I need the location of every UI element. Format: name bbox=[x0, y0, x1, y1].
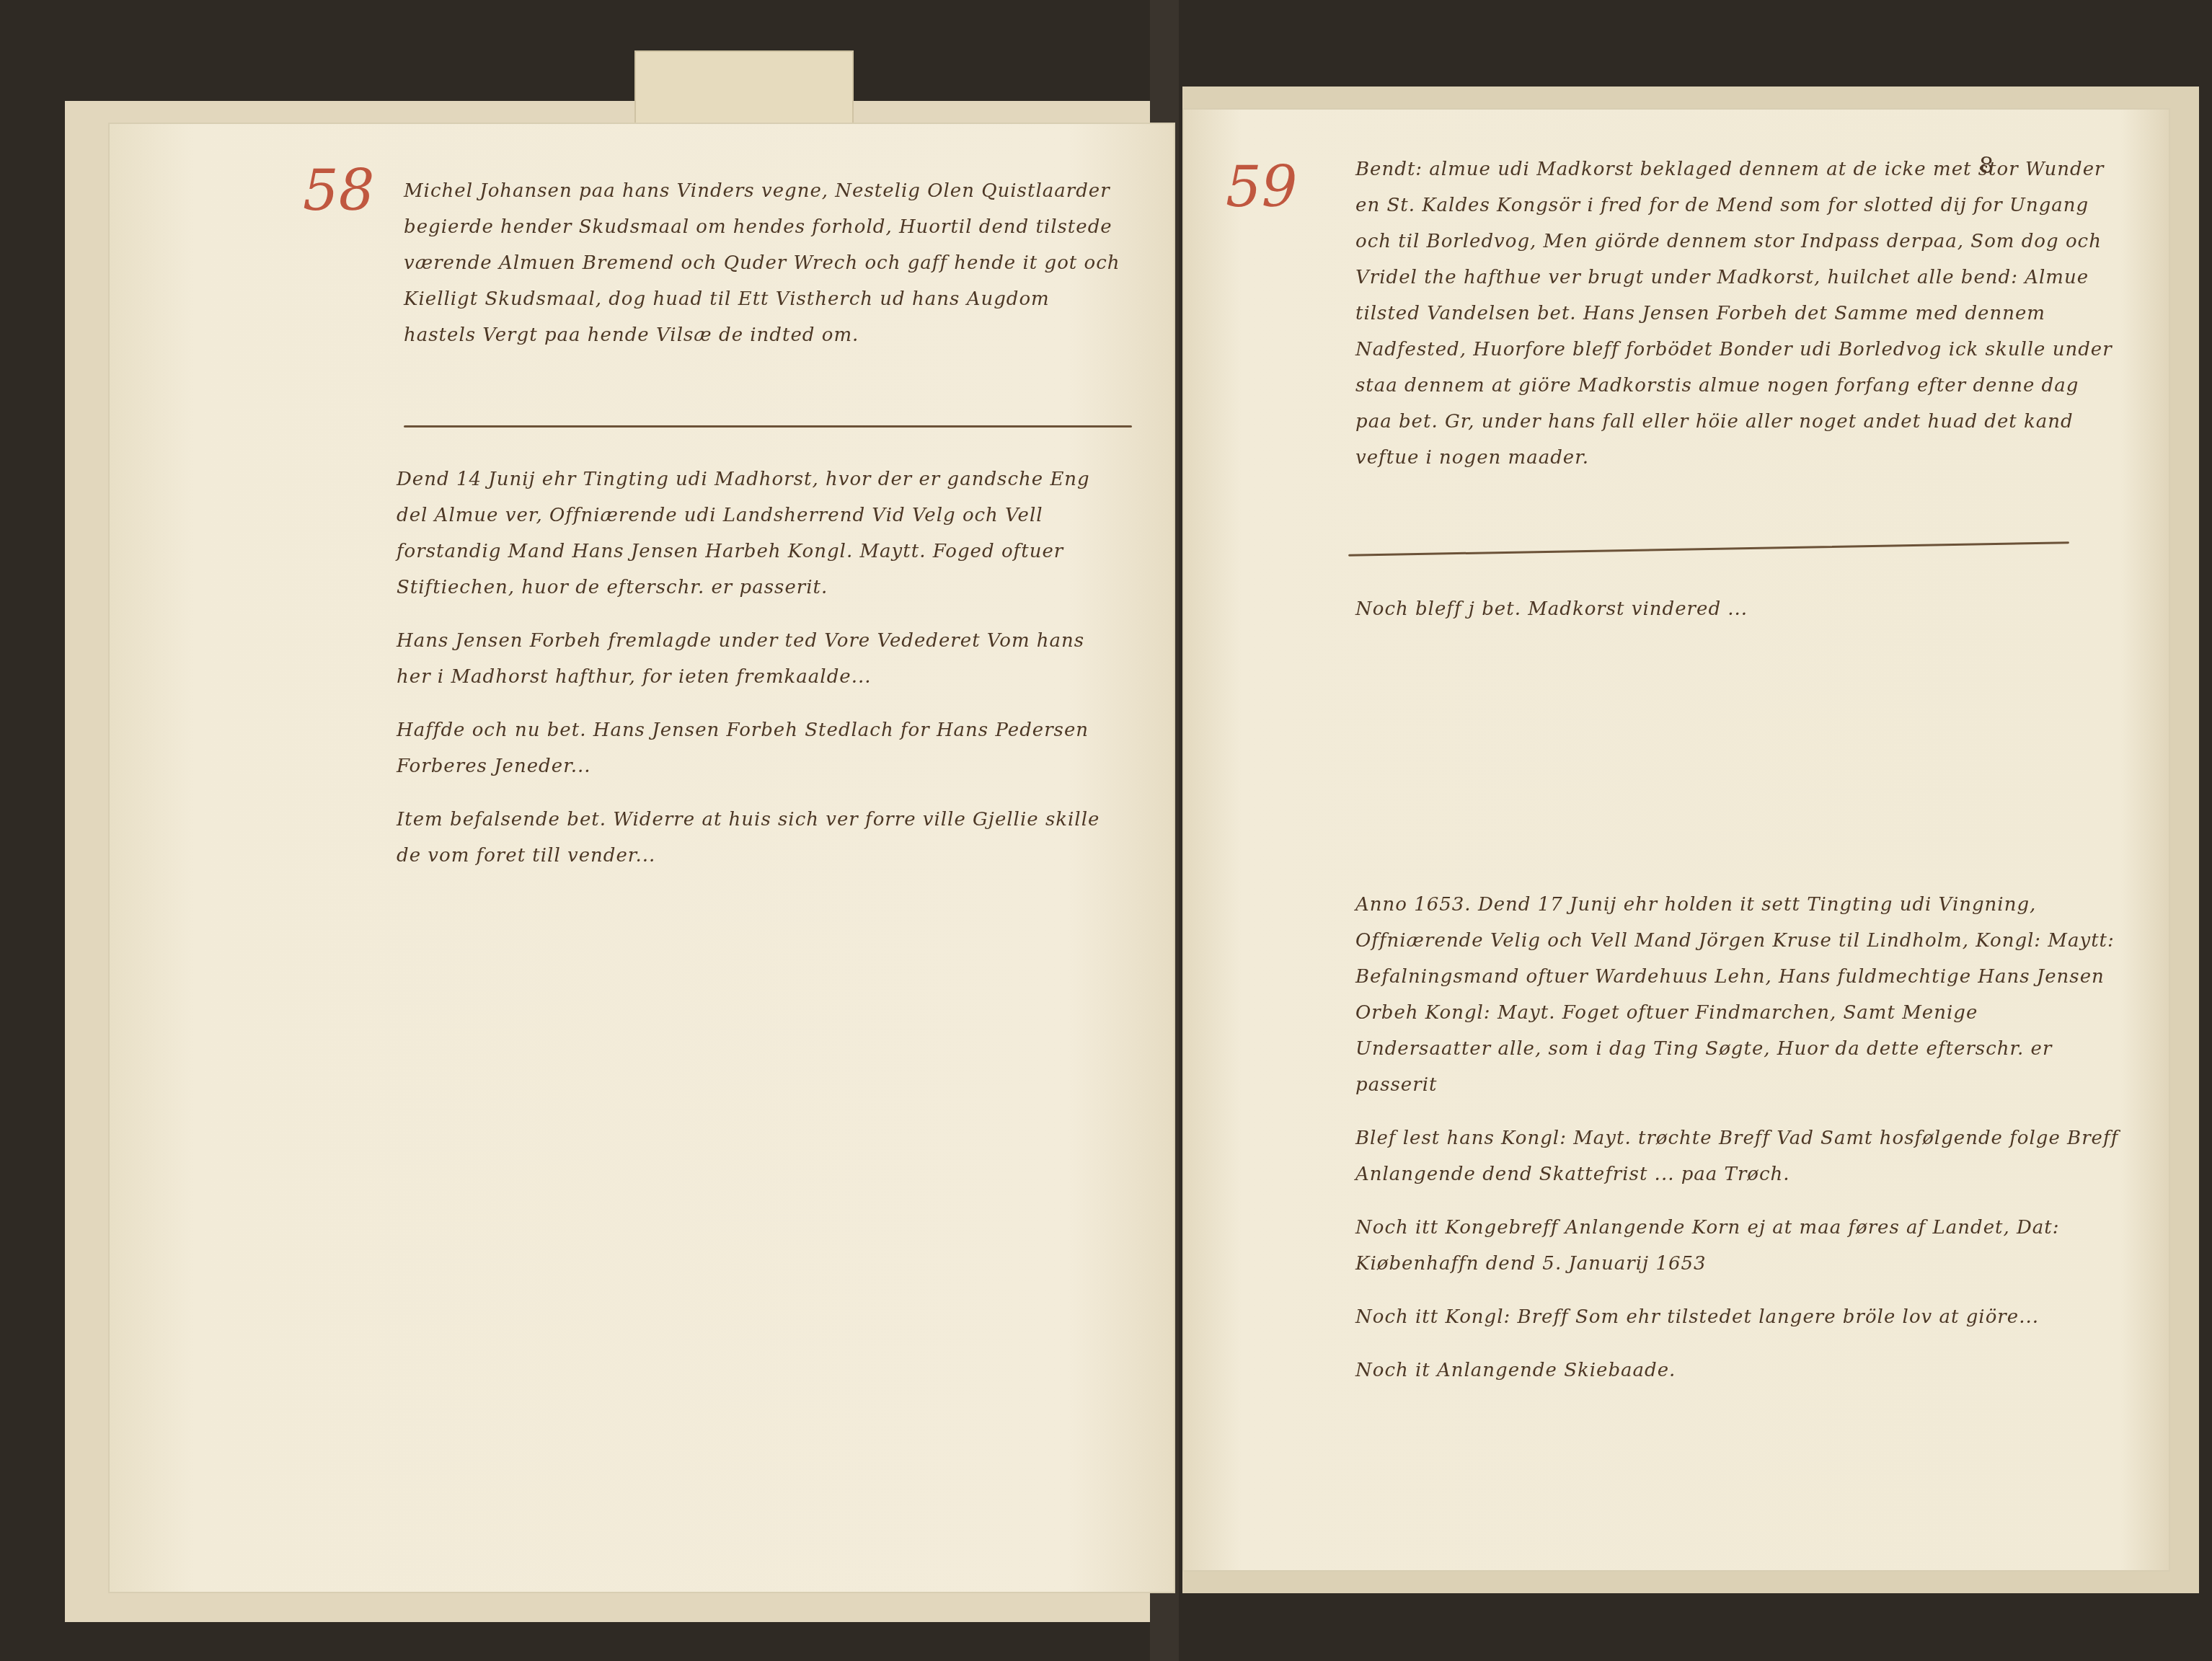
paper-tab bbox=[634, 50, 854, 133]
manuscript-paragraph: Dend 14 Junij ehr Tingting udi Madhorst,… bbox=[397, 461, 1118, 606]
manuscript-paragraph: Bendt: almue udi Madkorst beklaged denne… bbox=[1355, 151, 2120, 476]
left-entries: Dend 14 Junij ehr Tingting udi Madhorst,… bbox=[397, 461, 1118, 891]
right-entry-2: Noch bleff j bet. Madkorst vindered ... bbox=[1355, 591, 2120, 645]
right-entry-1: Bendt: almue udi Madkorst beklaged denne… bbox=[1355, 151, 2120, 493]
right-entries: Anno 1653. Dend 17 Junij ehr holden it s… bbox=[1355, 887, 2120, 1406]
manuscript-paragraph: Haffde och nu bet. Hans Jensen Forbeh St… bbox=[397, 712, 1118, 784]
manuscript-paragraph: Noch itt Kongl: Breff Som ehr tilstedet … bbox=[1355, 1299, 2120, 1335]
divider-line bbox=[404, 425, 1132, 428]
manuscript-paragraph: Noch itt Kongebreff Anlangende Korn ej a… bbox=[1355, 1210, 2120, 1282]
folio-number-left: 58 bbox=[303, 159, 374, 223]
manuscript-paragraph: Michel Johansen paa hans Vinders vegne, … bbox=[404, 173, 1125, 353]
left-entry-1: Michel Johansen paa hans Vinders vegne, … bbox=[404, 173, 1125, 371]
manuscript-paragraph: Noch bleff j bet. Madkorst vindered ... bbox=[1355, 591, 2120, 627]
manuscript-paragraph: Blef lest hans Kongl: Mayt. trøchte Bref… bbox=[1355, 1120, 2120, 1192]
manuscript-paragraph: Hans Jensen Forbeh fremlagde under ted V… bbox=[397, 623, 1118, 695]
manuscript-paragraph: Noch it Anlangende Skiebaade. bbox=[1355, 1352, 2120, 1388]
folio-number-right: 59 bbox=[1226, 155, 1297, 220]
manuscript-paragraph: Anno 1653. Dend 17 Junij ehr holden it s… bbox=[1355, 887, 2120, 1103]
manuscript-paragraph: Item befalsende bet. Widerre at huis sic… bbox=[397, 802, 1118, 874]
